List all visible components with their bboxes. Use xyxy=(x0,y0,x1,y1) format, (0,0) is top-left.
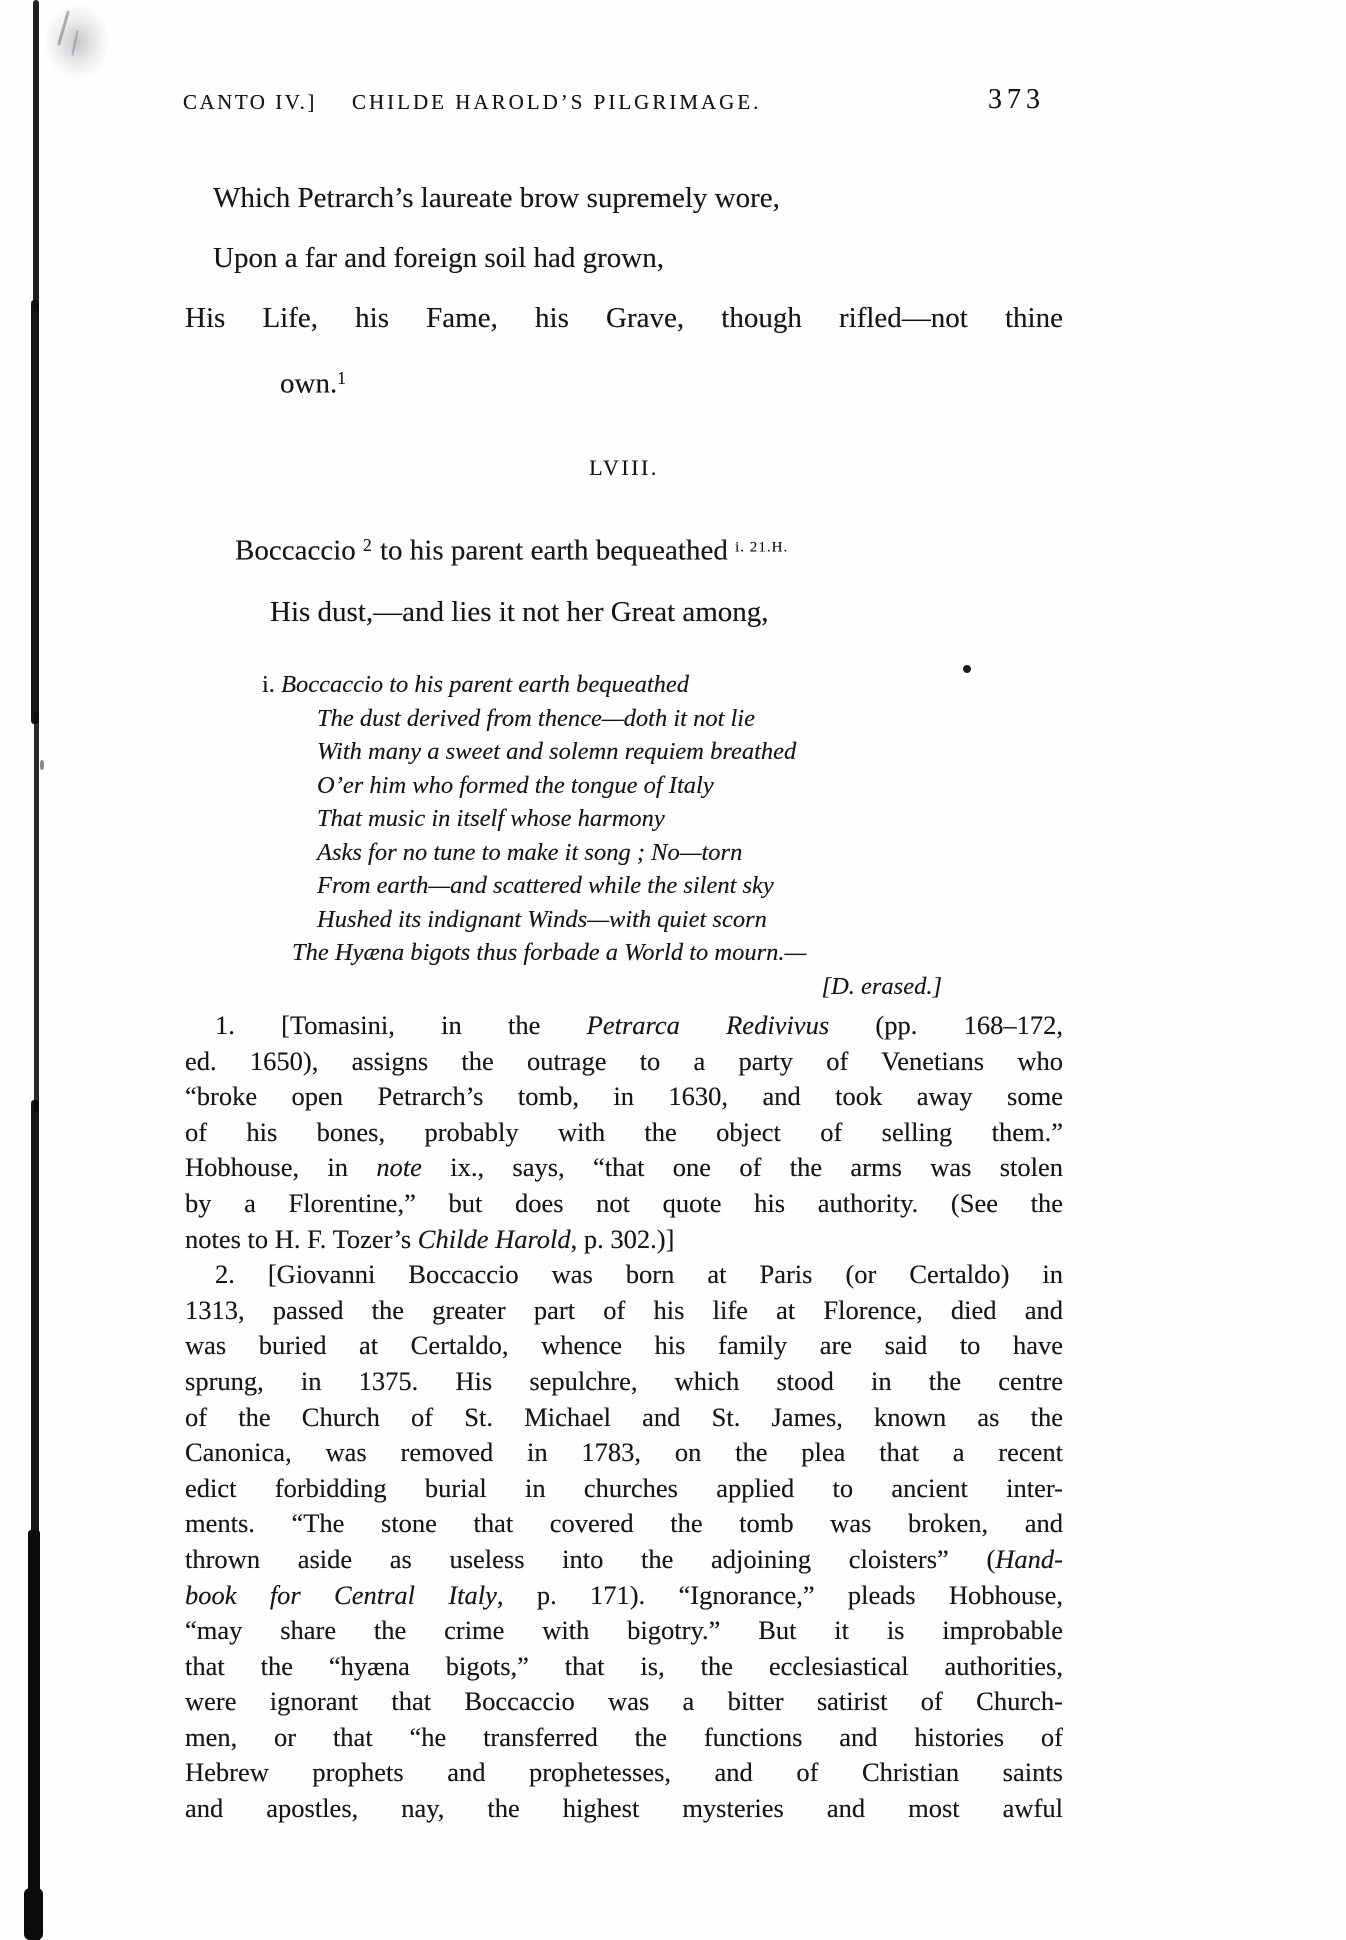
text-run: that the “hyæna bigots,” that is, the ec… xyxy=(185,1651,1063,1681)
ink-speck xyxy=(40,760,44,770)
text-line: “broke open Petrarch’s tomb, in 1630, an… xyxy=(185,1079,1063,1115)
text-run: Hushed its indignant Winds—with quiet sc… xyxy=(317,906,767,933)
text-line: ed. 1650), assigns the outrage to a part… xyxy=(185,1044,1063,1080)
text-run: edict forbidding burial in churches appl… xyxy=(185,1473,1063,1503)
ink-speck xyxy=(963,665,971,673)
text-run: From earth—and scattered while the silen… xyxy=(317,872,774,899)
text-line: ments. “The stone that covered the tomb … xyxy=(185,1506,1063,1542)
scanned-book-page: CANTO IV.] CHILDE HAROLD’S PILGRIMAGE. 3… xyxy=(0,0,1346,1940)
text-line: His dust,—and lies it not her Great amon… xyxy=(185,582,1063,643)
text-run: book for Central Italy xyxy=(185,1580,497,1610)
footnote-2: 2. [Giovanni Boccaccio was born at Paris… xyxy=(185,1257,1063,1827)
text-line: Upon a far and foreign soil had grown, xyxy=(185,228,1063,288)
text-line: edict forbidding burial in churches appl… xyxy=(185,1471,1063,1507)
text-run: Boccaccio xyxy=(235,535,363,567)
variant-note-block: i. Boccaccio to his parent earth bequeat… xyxy=(262,668,954,1003)
binding-edge-bar xyxy=(28,1530,40,1940)
text-run: 1. [Tomasini, in the xyxy=(215,1010,587,1040)
text-run: Hobhouse, in xyxy=(185,1152,376,1182)
binding-edge-bar xyxy=(33,0,39,312)
text-run: of his bones, probably with the object o… xyxy=(185,1117,1063,1147)
text-line: O’er him who formed the tongue of Italy xyxy=(262,769,954,803)
text-run: His Life, his Fame, his Grave, though ri… xyxy=(185,302,1063,334)
text-run: Boccaccio to his parent earth bequeathed xyxy=(281,671,689,698)
binding-edge-bar xyxy=(34,712,39,1112)
text-line: was buried at Certaldo, whence his famil… xyxy=(185,1328,1063,1364)
footnote-1: 1. [Tomasini, in the Petrarca Redivivus … xyxy=(185,1008,1063,1257)
text-line: His Life, his Fame, his Grave, though ri… xyxy=(185,288,1063,348)
text-run: own. xyxy=(280,368,337,400)
text-line: men, or that “he transferred the functio… xyxy=(185,1720,1063,1756)
text-run: ments. “The stone that covered the tomb … xyxy=(185,1508,1063,1538)
text-run: Hebrew prophets and prophetesses, and of… xyxy=(185,1757,1063,1787)
text-line: Hobhouse, in note ix., says, “that one o… xyxy=(185,1150,1063,1186)
text-run: was buried at Certaldo, whence his famil… xyxy=(185,1330,1063,1360)
text-run: of the Church of St. Michael and St. Jam… xyxy=(185,1402,1063,1432)
text-run: sprung, in 1375. His sepulchre, which st… xyxy=(185,1366,1063,1396)
text-run: note xyxy=(376,1152,422,1182)
text-line: With many a sweet and solemn requiem bre… xyxy=(262,735,954,769)
binding-edge-bar xyxy=(31,1100,39,1542)
marginal-reference: i. 21.H. xyxy=(735,539,788,555)
text-run: and apostles, nay, the highest mysteries… xyxy=(185,1793,1063,1823)
text-line: 1313, passed the greater part of his lif… xyxy=(185,1293,1063,1329)
text-line: 1. [Tomasini, in the Petrarca Redivivus … xyxy=(185,1008,1063,1044)
text-run: men, or that “he transferred the functio… xyxy=(185,1722,1063,1752)
text-line: book for Central Italy, p. 171). “Ignora… xyxy=(185,1578,1063,1614)
text-line: Hebrew prophets and prophetesses, and of… xyxy=(185,1755,1063,1791)
text-run: O’er him who formed the tongue of Italy xyxy=(317,772,714,799)
text-run: Canonica, was removed in 1783, on the pl… xyxy=(185,1437,1063,1467)
footnote-reference: 2 xyxy=(363,535,373,555)
text-line: own.1 xyxy=(185,348,1063,414)
text-run: (pp. 168–172, xyxy=(829,1010,1063,1040)
text-line: notes to H. F. Tozer’s Childe Harold, p.… xyxy=(185,1222,1063,1258)
text-run: The dust derived from thence—doth it not… xyxy=(317,705,755,732)
text-line: sprung, in 1375. His sepulchre, which st… xyxy=(185,1364,1063,1400)
text-line: were ignorant that Boccaccio was a bitte… xyxy=(185,1684,1063,1720)
text-run: thrown aside as useless into the adjoini… xyxy=(185,1544,995,1574)
text-run: Which Petrarch’s laureate brow supremely… xyxy=(213,182,780,214)
text-run: Upon a far and foreign soil had grown, xyxy=(213,242,664,274)
text-line: i. Boccaccio to his parent earth bequeat… xyxy=(262,668,954,702)
text-run: His dust,—and lies it not her Great amon… xyxy=(270,596,769,628)
text-line: by a Florentine,” but does not quote his… xyxy=(185,1186,1063,1222)
text-run: i. xyxy=(262,671,281,698)
text-line: [D. erased.] xyxy=(262,970,954,1004)
text-line: and apostles, nay, the highest mysteries… xyxy=(185,1791,1063,1827)
text-line: that the “hyæna bigots,” that is, the ec… xyxy=(185,1649,1063,1685)
stanza-lvii-verse: Which Petrarch’s laureate brow supremely… xyxy=(185,168,1063,414)
text-run: notes to H. F. Tozer’s xyxy=(185,1224,418,1254)
text-line: “may share the crime with bigotry.” But … xyxy=(185,1613,1063,1649)
text-run: “may share the crime with bigotry.” But … xyxy=(185,1615,1063,1645)
text-run: Childe Harold xyxy=(418,1224,571,1254)
text-line: Boccaccio 2 to his parent earth bequeath… xyxy=(185,515,1063,582)
text-run: “broke open Petrarch’s tomb, in 1630, an… xyxy=(185,1081,1063,1111)
running-title: CHILDE HAROLD’S PILGRIMAGE. xyxy=(352,90,761,115)
text-line: The Hyæna bigots thus forbade a World to… xyxy=(262,936,954,970)
text-run: [D. erased.] xyxy=(822,973,942,1000)
text-line: Asks for no tune to make it song ; No—to… xyxy=(262,836,954,870)
text-line: of his bones, probably with the object o… xyxy=(185,1115,1063,1151)
text-run: to his parent earth bequeathed xyxy=(373,535,735,567)
footnote-reference: 1 xyxy=(337,368,347,388)
text-run: With many a sweet and solemn requiem bre… xyxy=(317,738,796,765)
text-run: , p. 171). “Ignorance,” pleads Hobhouse, xyxy=(497,1580,1063,1610)
text-run: Asks for no tune to make it song ; No—to… xyxy=(317,839,742,866)
text-line: Which Petrarch’s laureate brow supremely… xyxy=(185,168,1063,228)
text-line: The dust derived from thence—doth it not… xyxy=(262,702,954,736)
text-run: , p. 302.)] xyxy=(571,1224,675,1254)
text-run: The Hyæna bigots thus forbade a World to… xyxy=(292,939,806,966)
text-run: 2. [Giovanni Boccaccio was born at Paris… xyxy=(215,1259,1063,1289)
page-header: CANTO IV.] CHILDE HAROLD’S PILGRIMAGE. 3… xyxy=(0,84,1346,132)
text-line: of the Church of St. Michael and St. Jam… xyxy=(185,1400,1063,1436)
footnotes: 1. [Tomasini, in the Petrarca Redivivus … xyxy=(185,1008,1063,1827)
text-run: Petrarca Redivivus xyxy=(587,1010,830,1040)
text-run: were ignorant that Boccaccio was a bitte… xyxy=(185,1686,1063,1716)
text-run: ed. 1650), assigns the outrage to a part… xyxy=(185,1046,1063,1076)
text-line: thrown aside as useless into the adjoini… xyxy=(185,1542,1063,1578)
canto-label: CANTO IV.] xyxy=(183,90,317,115)
text-line: Canonica, was removed in 1783, on the pl… xyxy=(185,1435,1063,1471)
binding-edge-bar xyxy=(31,300,39,724)
stanza-lviii-verse: Boccaccio 2 to his parent earth bequeath… xyxy=(185,515,1063,643)
text-run: 1313, passed the greater part of his lif… xyxy=(185,1295,1063,1325)
text-line: Hushed its indignant Winds—with quiet sc… xyxy=(262,903,954,937)
text-run: Hand- xyxy=(995,1544,1063,1574)
text-run: That music in itself whose harmony xyxy=(317,805,665,832)
text-run: ix., says, “that one of the arms was sto… xyxy=(422,1152,1063,1182)
text-line: From earth—and scattered while the silen… xyxy=(262,869,954,903)
text-line: 2. [Giovanni Boccaccio was born at Paris… xyxy=(185,1257,1063,1293)
text-line: That music in itself whose harmony xyxy=(262,802,954,836)
section-heading: LVIII. xyxy=(185,455,1063,481)
scan-smudge xyxy=(44,4,110,80)
text-run: by a Florentine,” but does not quote his… xyxy=(185,1188,1063,1218)
binding-ink-blob xyxy=(24,1888,43,1940)
page-number: 373 xyxy=(988,84,1045,116)
